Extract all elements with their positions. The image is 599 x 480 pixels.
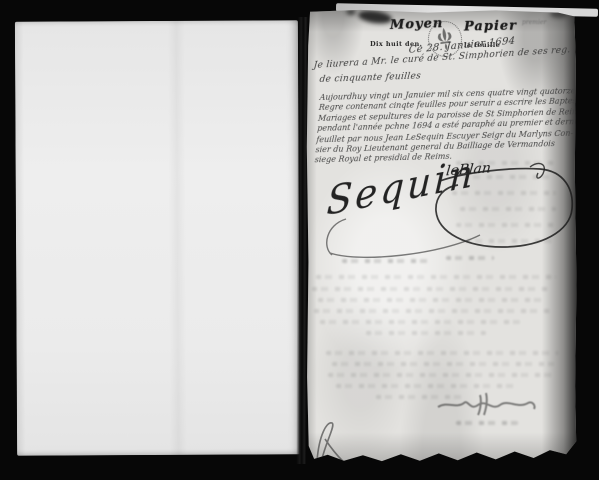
- bleedthrough-line: [328, 373, 554, 377]
- archival-scan-image: Moyen Papier Dix huit den. la feuille pr…: [0, 0, 599, 480]
- pen-flourish-mark: [311, 417, 355, 465]
- stamp-word-papier: Papier: [464, 19, 517, 35]
- manuscript-recto-page: Moyen Papier Dix huit den. la feuille pr…: [306, 9, 577, 469]
- bleedthrough-line: [456, 223, 556, 227]
- bleedthrough-line: [332, 362, 554, 366]
- bleedthrough-line: [320, 320, 520, 324]
- bleedthrough-line: [446, 256, 494, 260]
- bleedthrough-line: [326, 351, 558, 355]
- bleedthrough-line: [456, 161, 556, 165]
- bleedthrough-line: [312, 287, 548, 291]
- bleedthrough-line: [316, 275, 556, 279]
- bleedthrough-line: [376, 395, 466, 399]
- count-line: de cinquante feuilles: [319, 71, 422, 85]
- bleedthrough-line: [456, 421, 518, 425]
- corner-annotation: premier: [522, 19, 546, 26]
- book-binding-gutter: [296, 17, 308, 464]
- attestation-paragraph: Aujourdhuy vingt un Januier mil six cens…: [314, 86, 574, 166]
- bleedthrough-line: [314, 309, 552, 313]
- bleedthrough-line: [318, 298, 548, 302]
- bleedthrough-heading: [342, 259, 430, 263]
- bleedthrough-line: [452, 191, 556, 195]
- bleedthrough-line: [464, 175, 556, 179]
- bleedthrough-line: [366, 331, 486, 335]
- bleedthrough-line: [466, 239, 554, 243]
- bleedthrough-line: [336, 384, 516, 388]
- bleedthrough-line: [460, 207, 556, 211]
- blank-verso-page: [15, 20, 300, 455]
- ink-stain: [357, 9, 392, 26]
